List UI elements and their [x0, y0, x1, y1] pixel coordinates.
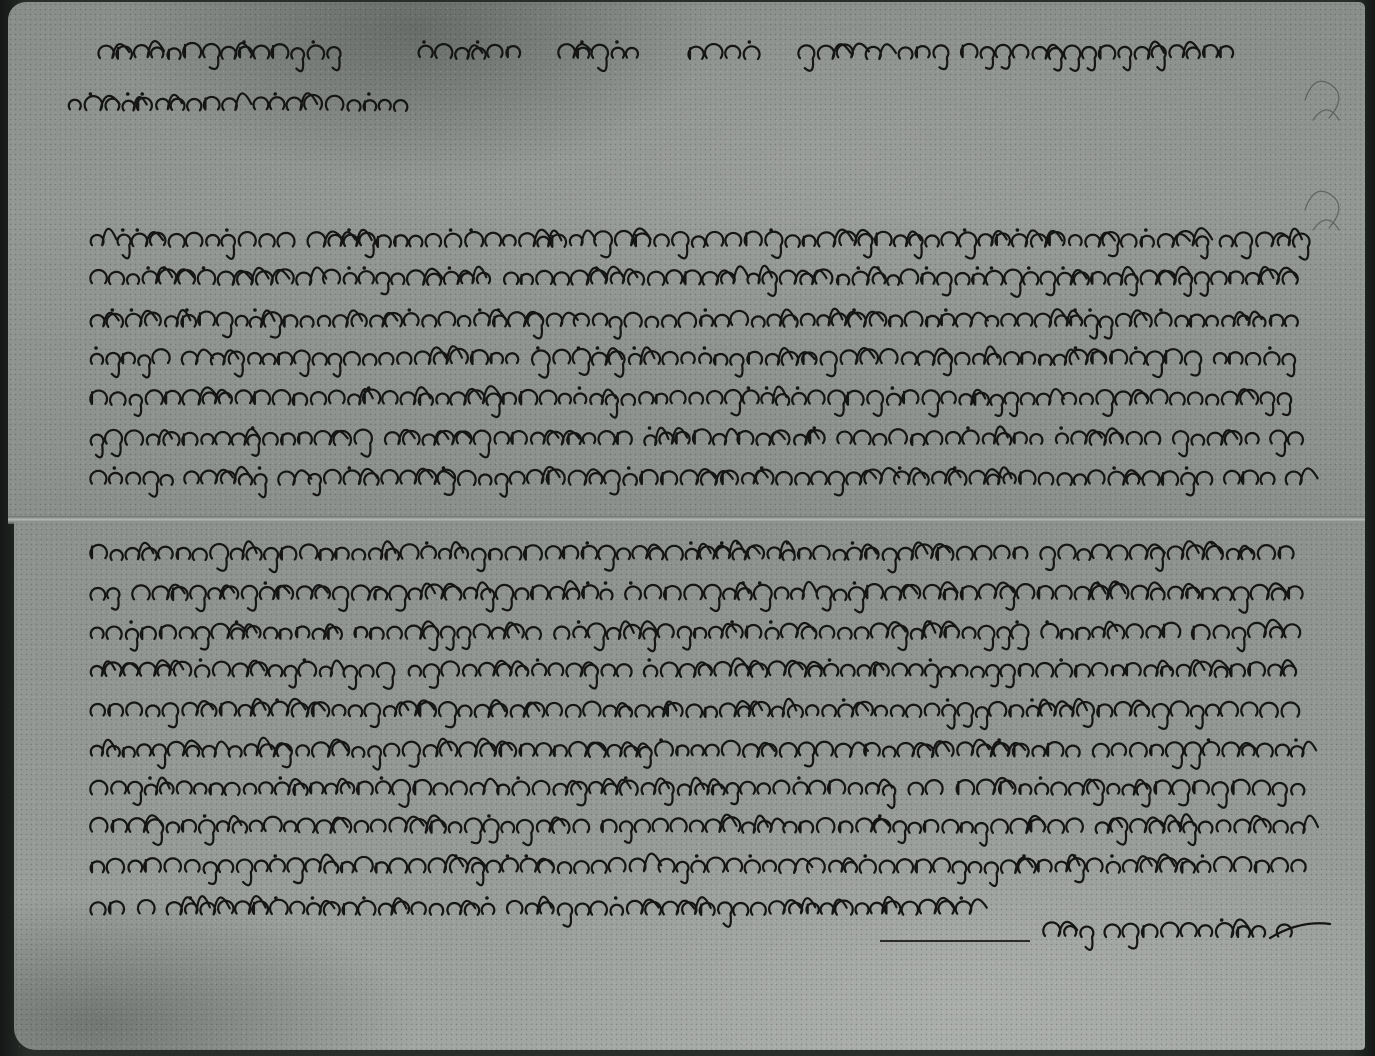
handwritten-line: Body line 1 (handwritten Burmese): [0, 222, 1375, 262]
handwritten-line: Body line 3 (handwritten Burmese): [0, 302, 1375, 342]
handwritten-line: Body line 4 (handwritten Burmese): [0, 340, 1375, 380]
handwritten-line: Body line 5 (handwritten Burmese): [0, 380, 1375, 420]
handwritten-line: Body line 15 (handwritten Burmese): [0, 808, 1375, 848]
handwritten-line: Body line 14 (handwritten Burmese): [0, 770, 1375, 810]
signature-flourish: [0, 918, 1375, 958]
handwritten-line: Body line 6 (handwritten Burmese): [0, 420, 1375, 460]
handwritten-line: Body line 7 (handwritten Burmese): [0, 460, 1375, 500]
handwritten-line: Body line 2 (handwritten Burmese): [0, 260, 1375, 300]
handwritten-line: Body line 12 (handwritten Burmese): [0, 692, 1375, 732]
handwritten-line: Body line 10 (handwritten Burmese): [0, 614, 1375, 654]
handwritten-line: Body line 11 (handwritten Burmese): [0, 652, 1375, 692]
handwritten-line: Body line 8 (handwritten Burmese): [0, 535, 1375, 575]
margin-annotation: Right margin annotation: [0, 60, 1375, 100]
handwritten-line: Body line 13 (handwritten Burmese): [0, 732, 1375, 772]
handwritten-line: Body line 9 (handwritten Burmese): [0, 575, 1375, 615]
margin-annotation: Right margin annotation: [0, 170, 1375, 210]
handwritten-line: Body line 16 (handwritten Burmese): [0, 848, 1375, 888]
